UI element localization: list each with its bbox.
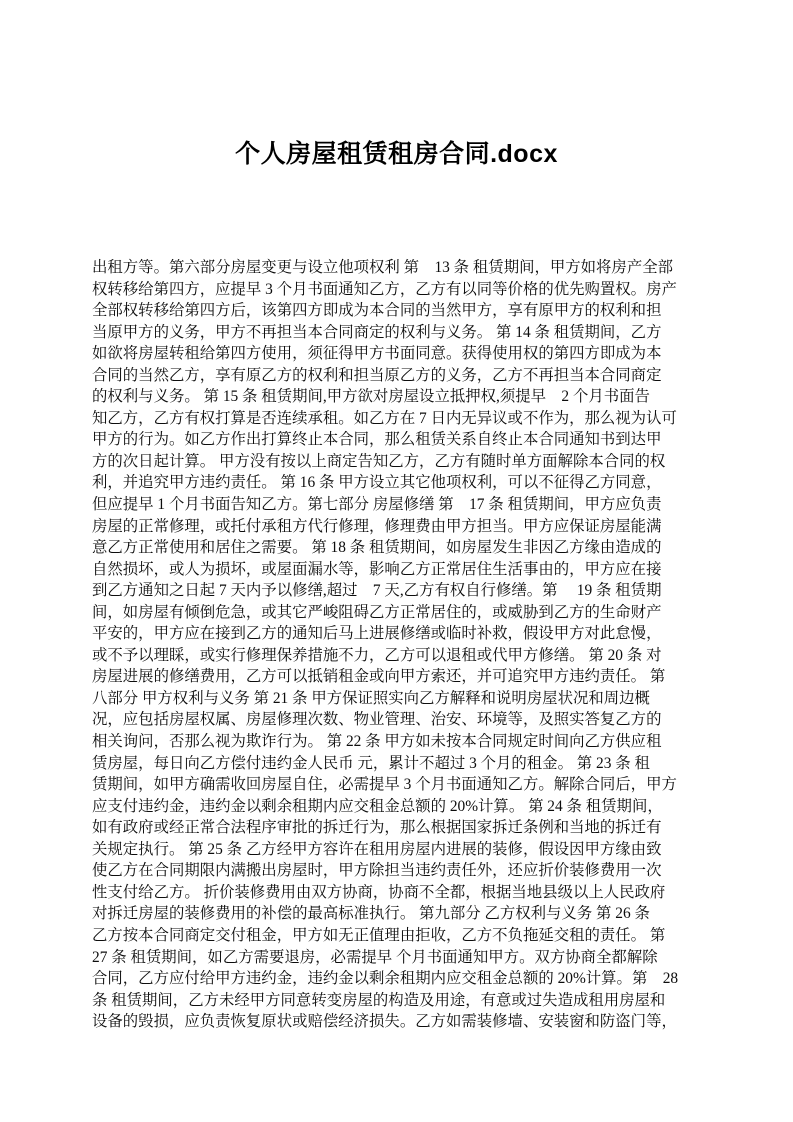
- document-body: 出租方等。第六部分房屋变更与设立他项权利 第 13 条 租赁期间，甲方如将房产全…: [92, 257, 752, 1033]
- text-line: 应支付违约金，违约金以剩余租期内应交租金总额的 20%计算。 第 24 条 租赁…: [92, 796, 752, 818]
- text-line: 的权利与义务。 第 15 条 租赁期间,甲方欲对房屋设立抵押权,须提早 2 个月…: [92, 386, 752, 408]
- text-line: 相关询问，否那么视为欺诈行为。 第 22 条 甲方如未按本合同规定时间向乙方供应…: [92, 731, 752, 753]
- text-line: 房屋的正常修理，或托付承租方代行修理，修理费由甲方担当。甲方应保证房屋能满: [92, 516, 752, 538]
- document-page: 个人房屋租赁租房合同.docx 出租方等。第六部分房屋变更与设立他项权利 第 1…: [0, 0, 793, 1122]
- text-line: 出租方等。第六部分房屋变更与设立他项权利 第 13 条 租赁期间，甲方如将房产全…: [92, 257, 752, 279]
- text-line: 八部分 甲方权利与义务 第 21 条 甲方保证照实向乙方解释和说明房屋状况和周边…: [92, 688, 752, 710]
- text-line: 如欲将房屋转租给第四方使用，须征得甲方书面同意。获得使用权的第四方即成为本: [92, 343, 752, 365]
- document-title: 个人房屋租赁租房合同.docx: [0, 134, 793, 170]
- text-line: 或不予以理睬，或实行修理保养措施不力，乙方可以退租或代甲方修缮。 第 20 条 …: [92, 645, 752, 667]
- text-line: 利，并追究甲方违约责任。 第 16 条 甲方设立其它他项权利，可以不征得乙方同意…: [92, 472, 752, 494]
- text-line: 况，应包括房屋权属、房屋修理次数、物业管理、治安、环境等，及照实答复乙方的: [92, 709, 752, 731]
- text-line: 关规定执行。 第 25 条 乙方经甲方容许在租用房屋内进展的装修，假设因甲方缘由…: [92, 839, 752, 861]
- text-line: 如有政府或经正常合法程序审批的拆迁行为，那么根据国家拆迁条例和当地的拆迁有: [92, 817, 752, 839]
- text-line: 平安的，甲方应在接到乙方的通知后马上进展修缮或临时补救，假设甲方对此怠慢，: [92, 623, 752, 645]
- text-line: 条 租赁期间，乙方未经甲方同意转变房屋的构造及用途，有意或过失造成租用房屋和: [92, 990, 752, 1012]
- text-line: 合同的当然乙方，享有原乙方的权利和担当原乙方的义务，乙方不再担当本合同商定: [92, 365, 752, 387]
- text-line: 意乙方正常使用和居住之需要。 第 18 条 租赁期间，如房屋发生非因乙方缘由造成…: [92, 537, 752, 559]
- text-line: 知乙方，乙方有权打算是否连续承租。如乙方在 7 日内无异议或不作为，那么视为认可: [92, 408, 752, 430]
- text-line: 房屋进展的修缮费用，乙方可以抵销租金或向甲方索还，并可追究甲方违约责任。 第: [92, 666, 752, 688]
- text-line: 对拆迁房屋的装修费用的补偿的最高标准执行。 第九部分 乙方权利与义务 第 26 …: [92, 903, 752, 925]
- text-line: 自然损坏，或人为损坏，或屋面漏水等，影响乙方正常居住生活事由的，甲方应在接: [92, 559, 752, 581]
- text-line: 赁房屋，每日向乙方偿付违约金人民币 元，累计不超过 3 个月的租金。 第 23 …: [92, 753, 752, 775]
- text-line: 赁期间，如甲方确需收回房屋自住，必需提早 3 个月书面通知乙方。解除合同后，甲方: [92, 774, 752, 796]
- text-line: 全部权转移给第四方后，该第四方即成为本合同的当然甲方，享有原甲方的权利和担: [92, 300, 752, 322]
- text-line: 使乙方在合同期限内满搬出房屋时，甲方除担当违约责任外，还应折价装修费用一次: [92, 860, 752, 882]
- text-line: 设备的毁损，应负责恢复原状或赔偿经济损失。乙方如需装修墙、安装窗和防盗门等，: [92, 1011, 752, 1033]
- text-line: 合同，乙方应付给甲方违约金，违约金以剩余租期内应交租金总额的 20%计算。第 2…: [92, 968, 752, 990]
- text-line: 到乙方通知之日起 7 天内予以修缮,超过 7 天,乙方有权自行修缮。第 19 条…: [92, 580, 752, 602]
- text-line: 当原甲方的义务，甲方不再担当本合同商定的权利与义务。 第 14 条 租赁期间，乙…: [92, 322, 752, 344]
- text-line: 性支付给乙方。 折价装修费用由双方协商，协商不全都，根据当地县级以上人民政府: [92, 882, 752, 904]
- text-line: 27 条 租赁期间，如乙方需要退房，必需提早 个月书面通知甲方。双方协商全都解除: [92, 947, 752, 969]
- text-line: 但应提早 1 个月书面告知乙方。第七部分 房屋修缮 第 17 条 租赁期间，甲方…: [92, 494, 752, 516]
- text-line: 方的次日起计算。 甲方没有按以上商定告知乙方，乙方有随时单方面解除本合同的权: [92, 451, 752, 473]
- text-line: 乙方按本合同商定交付租金，甲方如无正值理由拒收，乙方不负拖延交租的责任。 第: [92, 925, 752, 947]
- text-line: 权转移给第四方，应提早 3 个月书面通知乙方，乙方有以同等价格的优先购置权。房产: [92, 279, 752, 301]
- text-line: 甲方的行为。如乙方作出打算终止本合同，那么租赁关系自终止本合同通知书到达甲: [92, 429, 752, 451]
- text-line: 间，如房屋有倾倒危急，或其它严峻阻碍乙方正常居住的，或威胁到乙方的生命财产: [92, 602, 752, 624]
